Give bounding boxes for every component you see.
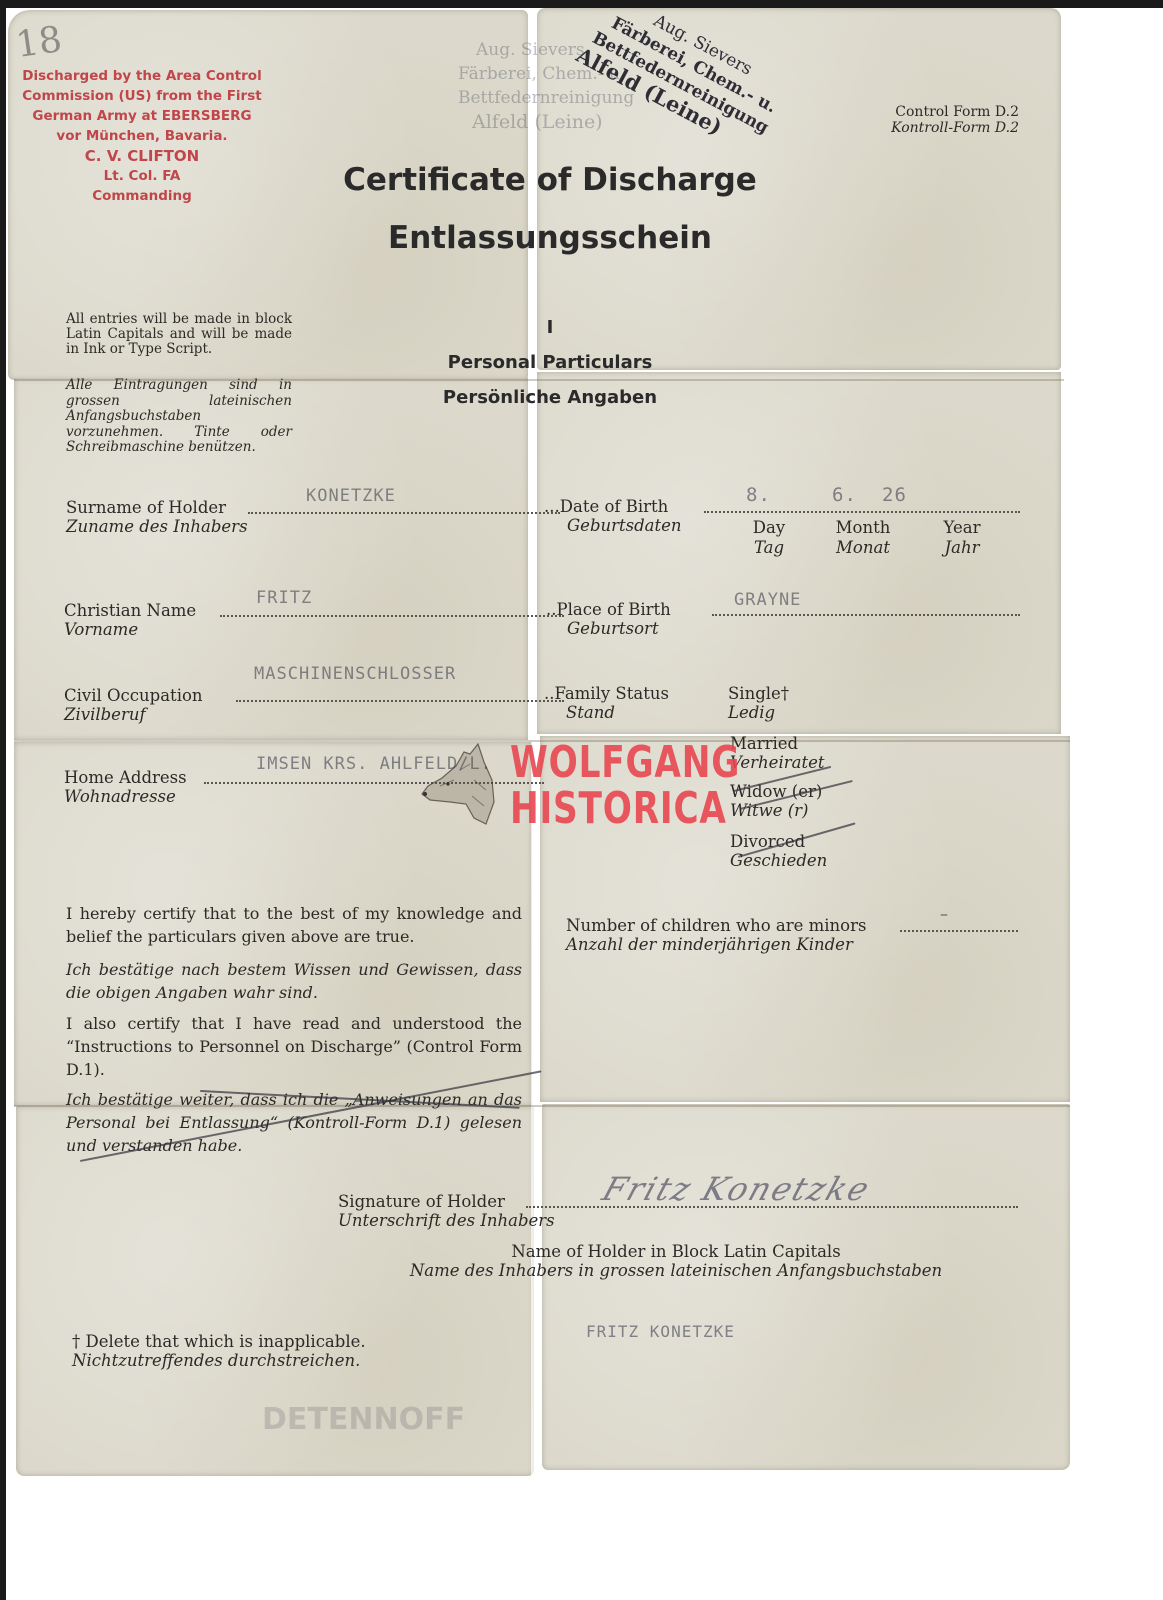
footnote: † Delete that which is inapplicable. Nic… — [72, 1332, 366, 1370]
date-of-birth-label: ...Date of Birth Geburtsdaten — [544, 497, 682, 535]
bleed-through-text: DETENNOFF — [262, 1402, 465, 1437]
certification-de-2: Ich bestätige weiter, dass ich die „Anwe… — [66, 1088, 522, 1157]
document-title: Certificate of Discharge — [320, 162, 780, 198]
section-title-de: Persönliche Angaben — [390, 380, 710, 415]
issuer-stamp-line: vor München, Bavaria. — [14, 126, 270, 146]
handwritten-corner-number: 18 — [13, 19, 64, 66]
family-status-option-divorced: Divorced Geschieden — [730, 832, 827, 870]
watermark-line1: WOLFGANG — [510, 740, 740, 786]
issuer-stamp-line: C. V. CLIFTON — [14, 146, 270, 166]
issuer-stamp: Discharged by the Area Control Commissio… — [14, 66, 270, 206]
civil-occupation-label: Civil Occupation Zivilberuf — [64, 686, 203, 724]
place-of-birth-label: ..Place of Birth Geburtsort — [546, 600, 671, 638]
watermark-logo: WOLFGANG HISTORICA — [510, 740, 740, 832]
certification-en-1: I hereby certify that to the best of my … — [66, 902, 522, 948]
surname-label: Surname of Holder Zuname des Inhabers — [66, 498, 248, 536]
certification-en-2: I also certify that I have read and unde… — [66, 1012, 522, 1081]
document-title-de: Entlassungsschein — [320, 220, 780, 256]
place-of-birth-value: GRAYNE — [734, 590, 801, 610]
issuer-stamp-line: Commission (US) from the First — [14, 86, 270, 106]
instructions-en: All entries will be made in block Latin … — [66, 312, 292, 357]
block-name-value: FRITZ KONETZKE — [586, 1322, 735, 1341]
section-number: I — [390, 310, 710, 345]
wolf-head-icon — [420, 740, 500, 830]
certification-de-1: Ich bestätige nach bestem Wissen und Gew… — [66, 958, 522, 1004]
paper-panel-bottom-right — [542, 1104, 1070, 1470]
family-status-label: ..Family Status Stand — [544, 684, 669, 722]
surname-dotted-line — [248, 512, 560, 514]
scan-left-border — [0, 0, 6, 1600]
issuer-stamp-line: Lt. Col. FA — [14, 166, 270, 186]
control-form-de: Kontroll-Form D.2 — [891, 120, 1019, 136]
family-status-option-married: Married Verheiratet — [730, 734, 824, 772]
signature-label: Signature of Holder Unterschrift des Inh… — [338, 1192, 555, 1230]
holder-signature: Fritz Konetzke — [598, 1170, 876, 1208]
issuer-stamp-line: German Army at EBERSBERG — [14, 106, 270, 126]
control-form-en: Control Form D.2 — [891, 104, 1019, 120]
watermark-line2: HISTORICA — [510, 786, 740, 832]
children-label: Number of children who are minors Anzahl… — [566, 916, 866, 954]
children-dotted-line — [900, 930, 1018, 932]
instructions-de: Alle Eintragungen sind in grossen latein… — [66, 378, 292, 456]
christian-name-dotted-line — [220, 615, 564, 617]
issuer-stamp-line: Discharged by the Area Control — [14, 66, 270, 86]
section-header: I Personal Particulars Persönliche Angab… — [390, 310, 710, 415]
block-name-label: Name of Holder in Block Latin Capitals N… — [384, 1242, 968, 1280]
issuer-stamp-line: Commanding — [14, 186, 270, 206]
control-form-label: Control Form D.2 Kontroll-Form D.2 — [891, 104, 1019, 136]
dob-day-value: 8. — [746, 484, 771, 506]
dob-month-value: 6. — [832, 484, 857, 506]
christian-name-value: FRITZ — [256, 588, 312, 608]
children-value: – — [940, 904, 948, 923]
family-status-option-single: Single† Ledig — [728, 684, 789, 722]
civil-occupation-value: MASCHINENSCHLOSSER — [254, 664, 456, 684]
date-of-birth-dotted-line — [704, 511, 1020, 513]
dob-month-label: Month Monat — [830, 518, 896, 558]
scan-top-border — [0, 0, 1163, 8]
christian-name-label: Christian Name Vorname — [64, 601, 196, 639]
home-address-label: Home Address Wohnadresse — [64, 768, 187, 806]
civil-occupation-dotted-line — [236, 700, 564, 702]
surname-value: KONETZKE — [306, 486, 396, 506]
dob-year-value: 26 — [882, 484, 907, 506]
place-of-birth-dotted-line — [712, 614, 1020, 616]
dob-year-label: Year Jahr — [934, 518, 990, 558]
section-title-en: Personal Particulars — [390, 345, 710, 380]
dob-day-label: Day Tag — [744, 518, 794, 558]
